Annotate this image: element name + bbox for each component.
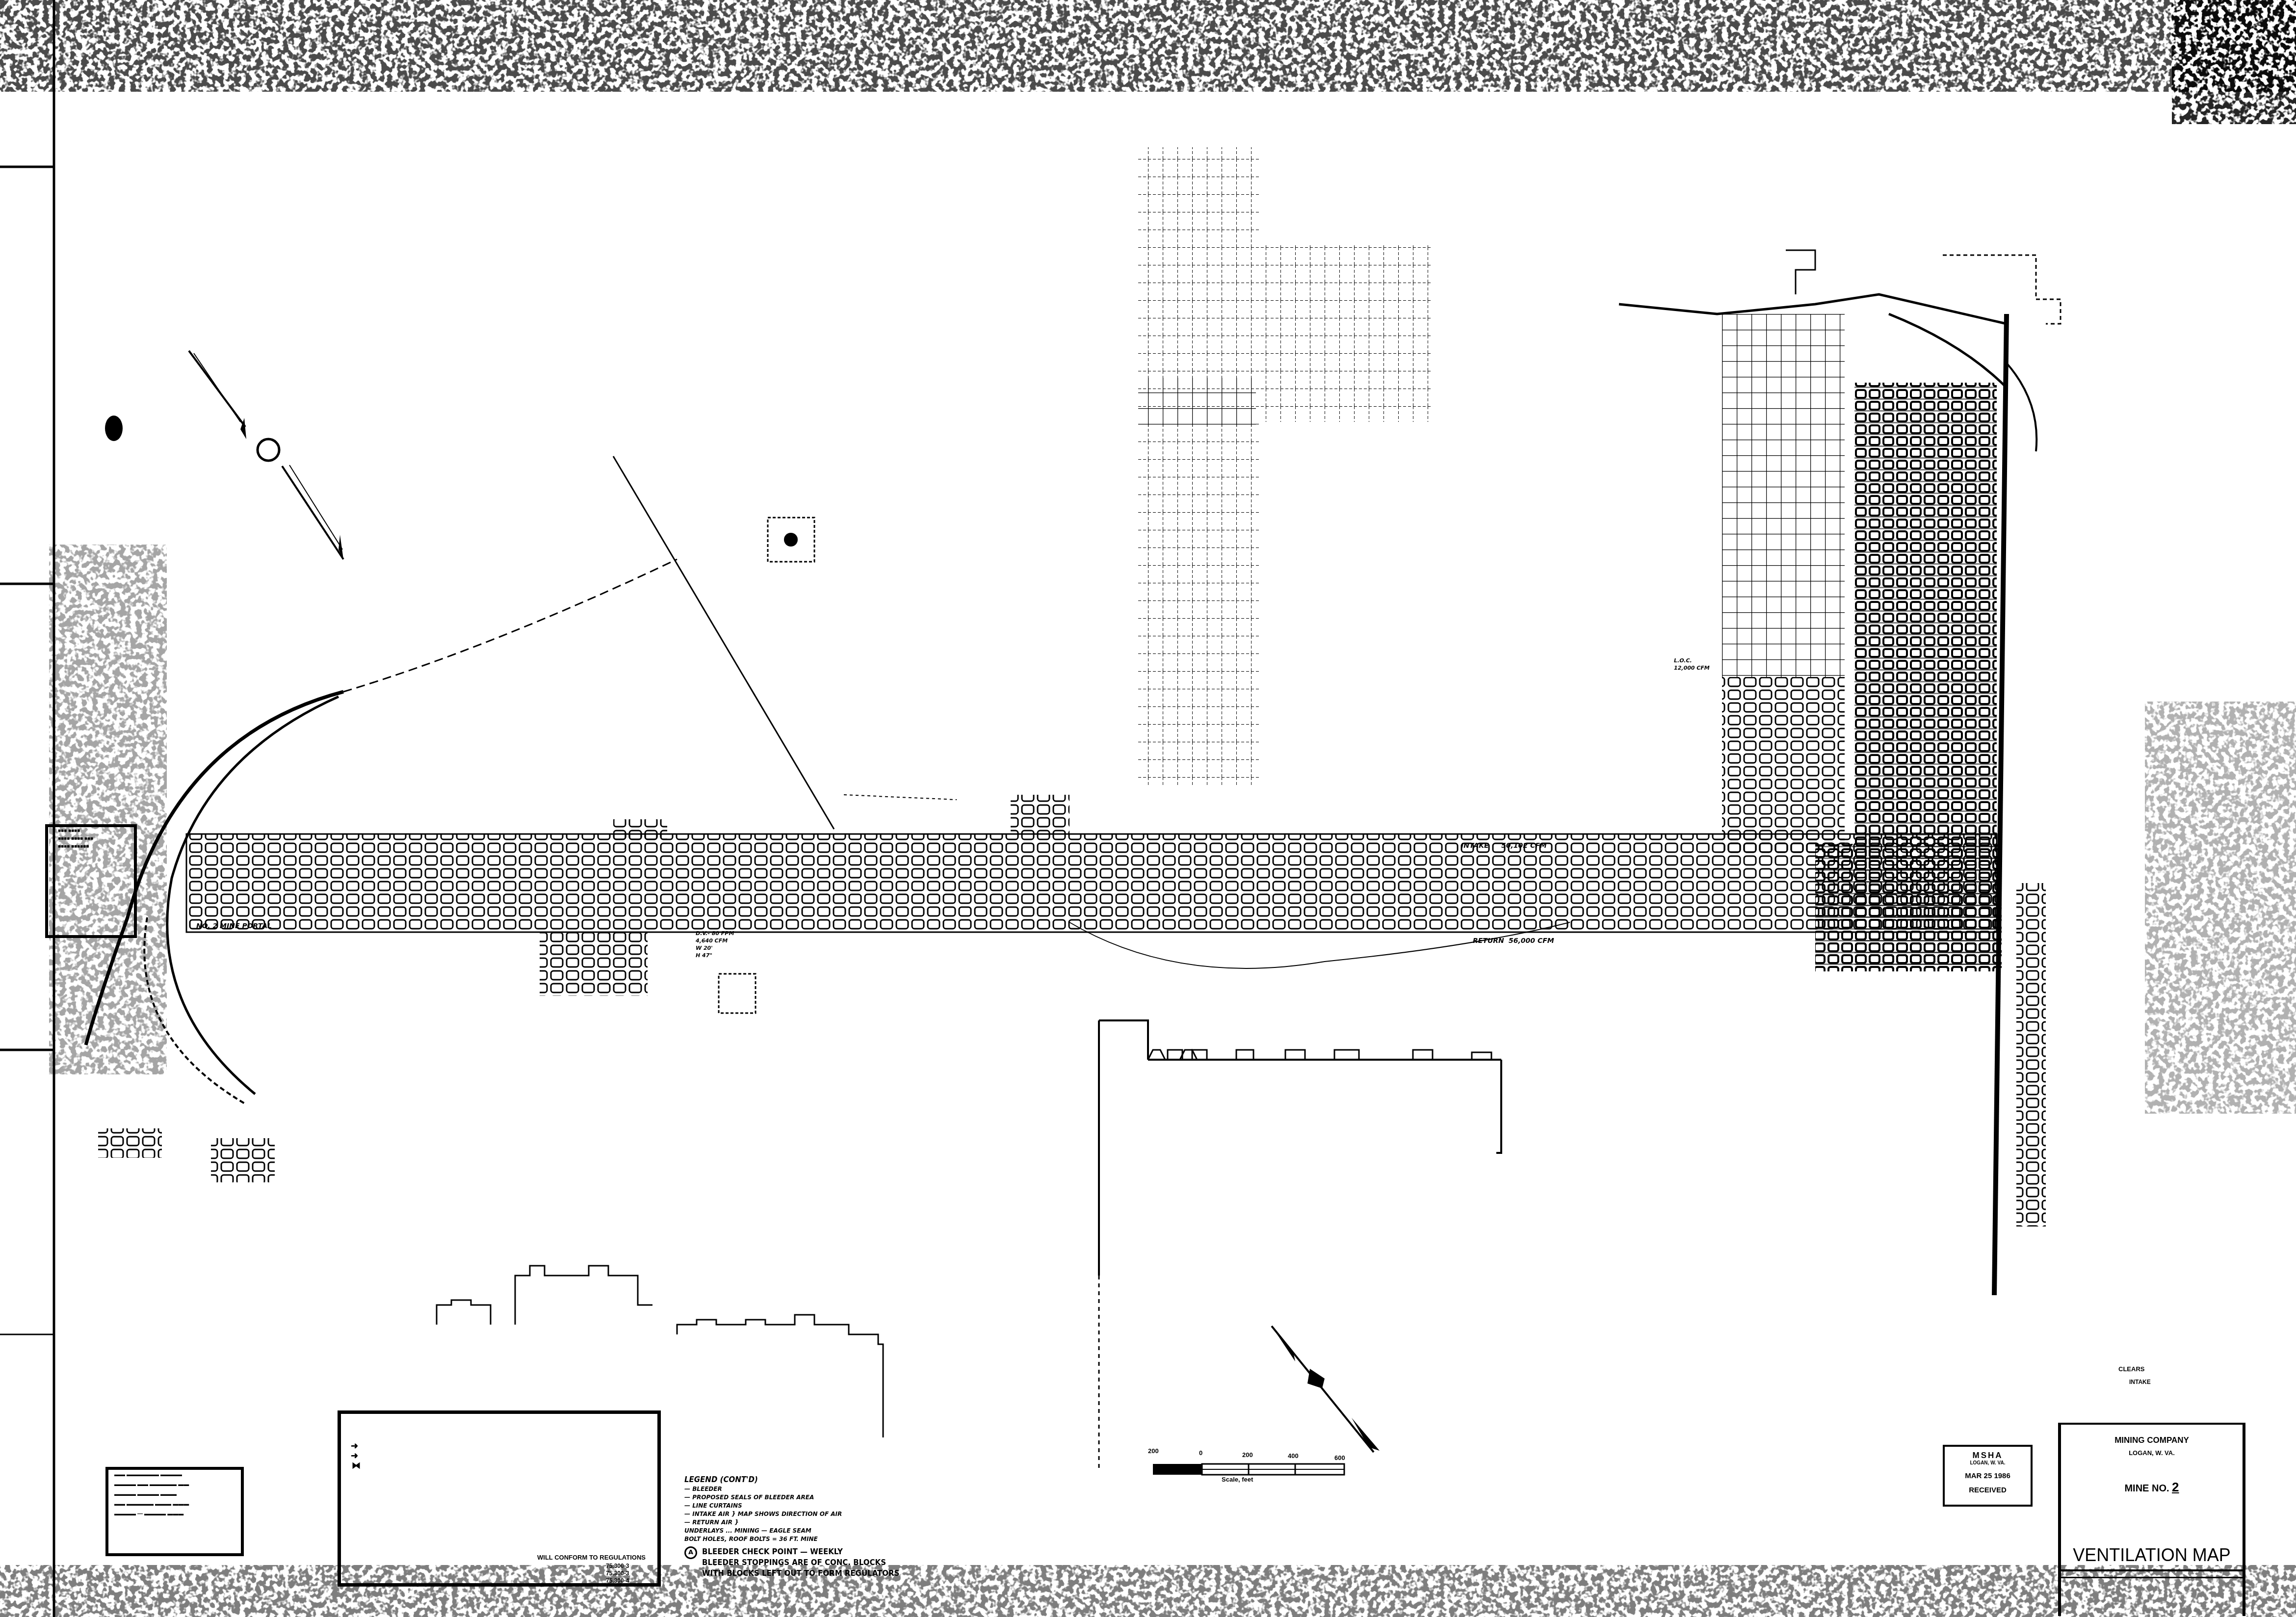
bleeder-check-point-icon: A xyxy=(684,1546,697,1559)
intake-cfm: 50,102 CFM xyxy=(1501,842,1547,850)
title-block: MINING COMPANY LOGAN, W. VA. MINE NO. 2 … xyxy=(2058,1423,2245,1616)
legend-main-box: WILL CONFORM TO REGULATIONS 75.300-3 75.… xyxy=(338,1410,661,1587)
side-label: CLEARS xyxy=(2118,1365,2144,1373)
legend-footer-note: WILL CONFORM TO REGULATIONS xyxy=(537,1554,646,1561)
stopping-icon: ⧓ xyxy=(352,1461,361,1471)
scale-bar: 200 0 200 400 600 Scale, feet xyxy=(1148,1462,1354,1482)
return-label: RETURN xyxy=(1473,937,1504,945)
note-line: ■■■■ ■■■■■■ xyxy=(48,843,134,851)
reg-ref-1: 75.300-3 xyxy=(606,1563,629,1569)
bleeder-note-line: WITH BLOCKS LEFT OUT TO FORM REGULATORS xyxy=(702,1568,899,1579)
scale-tick: 200 xyxy=(1148,1447,1159,1455)
certification-box: ▬▬ ▬▬▬▬▬▬ ▬▬▬▬ ▬▬▬▬ ▬▬ ▬▬▬▬▬ ▬▬ ▬▬▬▬ ▬▬▬… xyxy=(105,1467,244,1556)
north-arrow-upper-left xyxy=(189,351,343,559)
mine-number: 2 xyxy=(2172,1480,2179,1494)
portal-notes-box: ■■■ ■■■■ ■■■■ ■■■■ ■■■ ■■■■ ■■■■■■ xyxy=(45,824,137,938)
fan-note: D.V.- 80 FPM 4,640 CFM W 20' H 47" xyxy=(696,930,734,959)
note-line: ■■■ ■■■■ xyxy=(48,827,134,835)
intake-arrow-icon: ➜ xyxy=(351,1441,358,1451)
scale-tick: 600 xyxy=(1334,1454,1345,1461)
intake-label: INTAKE xyxy=(1461,842,1489,850)
legend-item: — LINE CURTAINS xyxy=(684,1502,939,1510)
ventilation-map-drawing xyxy=(0,0,2296,1617)
scale-tick: 400 xyxy=(1288,1452,1299,1460)
note-line: ■■■■ ■■■■ ■■■ xyxy=(48,835,134,843)
bleeder-note-line: BLEEDER STOPPINGS ARE OF CONC. BLOCKS xyxy=(702,1557,899,1568)
company-name: MINING COMPANY xyxy=(2061,1435,2243,1445)
stamp-office: LOGAN, W. VA. xyxy=(1945,1461,2031,1466)
revision-rows xyxy=(2061,1577,2243,1613)
scale-label: Scale, feet xyxy=(1222,1476,1253,1483)
side-label-2: INTAKE xyxy=(2129,1379,2151,1385)
map-title: VENTILATION MAP xyxy=(2061,1545,2243,1571)
loc-label: L.O.C. xyxy=(1674,657,1692,664)
received-stamp: MSHA LOGAN, W. VA. MAR 25 1986 RECEIVED xyxy=(1943,1445,2033,1507)
portal-label: NO. 2 MINE PORTAL xyxy=(196,922,272,930)
scale-tick: 200 xyxy=(1242,1451,1253,1459)
reg-ref-2: 75.300-3 xyxy=(606,1570,629,1577)
bleeder-note-line: BLEEDER CHECK POINT — WEEKLY xyxy=(702,1546,899,1557)
legend-item: — BLEEDER xyxy=(684,1485,939,1493)
legend-item: BOLT HOLES, ROOF BOLTS = 36 FT. MINE xyxy=(684,1535,939,1543)
mine-number-line: MINE NO. 2 xyxy=(2061,1480,2243,1495)
return-arrow-icon: ➜ xyxy=(351,1451,358,1461)
legend-item: — PROPOSED SEALS OF BLEEDER AREA xyxy=(684,1493,939,1502)
legend-item: — INTAKE AIR } MAP SHOWS DIRECTION OF AI… xyxy=(684,1510,939,1518)
legend-item: UNDERLAYS ... MINING — EAGLE SEAM xyxy=(684,1527,939,1535)
stamp-agency: MSHA xyxy=(1945,1451,2031,1461)
legend-heading: LEGEND (CONT'D) xyxy=(684,1474,939,1485)
company-location: LOGAN, W. VA. xyxy=(2061,1449,2243,1457)
legend-item: — RETURN AIR } xyxy=(684,1518,939,1527)
legend-continued: LEGEND (CONT'D) — BLEEDER — PROPOSED SEA… xyxy=(684,1474,939,1579)
reg-ref-3: 75.300-4 xyxy=(606,1577,629,1584)
return-cfm: 56,000 CFM xyxy=(1509,937,1554,945)
scale-tick: 0 xyxy=(1199,1449,1202,1457)
north-arrow-bottom-center xyxy=(1272,1326,1380,1452)
stamp-status: RECEIVED xyxy=(1945,1486,2031,1494)
loc-cfm: 12,000 CFM xyxy=(1674,665,1710,671)
stamp-date: MAR 25 1986 xyxy=(1945,1472,2031,1480)
